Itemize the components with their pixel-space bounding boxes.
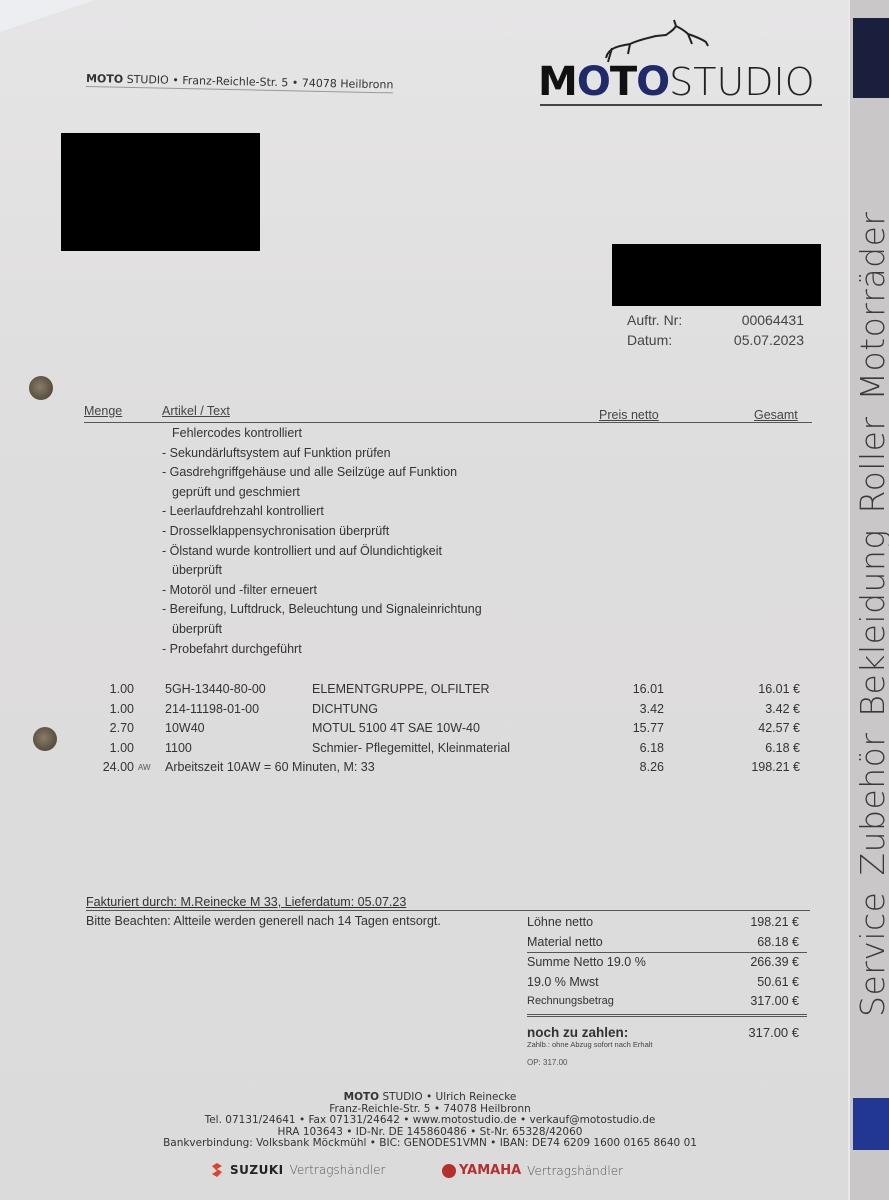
- footer-brand-bold: MOTO: [344, 1091, 379, 1103]
- company-logo: MOTOSTUDIO: [538, 18, 823, 103]
- cell-price: 8.26: [604, 758, 664, 778]
- punch-hole: [29, 376, 53, 400]
- cell-total: 16.01 €: [714, 680, 800, 700]
- service-description: Fehlercodes kontrolliert- Sekundärluftsy…: [162, 424, 482, 659]
- yamaha-dealer: YAMAHA Vertragshändler: [442, 1163, 623, 1178]
- table-row: 2.7010W40MOTUL 5100 4T SAE 10W-4015.7742…: [84, 719, 804, 739]
- cell-text: MOTUL 5100 4T SAE 10W-40: [312, 719, 480, 739]
- order-number: 00064431: [719, 310, 804, 330]
- table-row: 1.00214-11198-01-00DICHTUNG3.423.42 €: [84, 700, 804, 720]
- description-line: - Probefahrt durchgeführt: [162, 640, 482, 660]
- sidebar-word: Service: [853, 892, 889, 1017]
- cell-qty: 2.70: [84, 719, 134, 739]
- cell-total: 42.57 €: [714, 719, 800, 739]
- logo-studio: STUDIO: [669, 60, 815, 104]
- date-label: Datum:: [627, 330, 719, 350]
- footer-contact: Tel. 07131/24641 • Fax 07131/24642 • www…: [130, 1115, 730, 1127]
- description-line: - Leerlaufdrehzahl kontrolliert: [162, 502, 482, 522]
- punch-hole: [33, 727, 57, 751]
- cell-article: Arbeitszeit 10AW = 60 Minuten, M: 33: [165, 758, 375, 778]
- order-date: 05.07.2023: [719, 330, 804, 350]
- logo-underline: [540, 104, 822, 106]
- sidebar-accent-top: [853, 18, 889, 98]
- sidebar-word: Roller: [853, 416, 889, 513]
- description-line: geprüft und geschmiert: [162, 483, 482, 503]
- cell-article: 10W40: [165, 719, 205, 739]
- footer-owner: STUDIO • Ulrich Reinecke: [382, 1091, 516, 1103]
- description-line: - Gasdrehgriffgehäuse und alle Seilzüge …: [162, 463, 482, 483]
- cell-article: 5GH-13440-80-00: [165, 680, 266, 700]
- motorcycle-outline-icon: [578, 18, 718, 64]
- col-total: Gesamt: [754, 408, 798, 422]
- yamaha-tuning-fork-logo-icon: [442, 1164, 456, 1178]
- description-line: - Motoröl und -filter erneuert: [162, 581, 482, 601]
- description-line: überprüft: [162, 561, 482, 581]
- cell-text: DICHTUNG: [312, 700, 378, 720]
- cell-text: Schmier- Pflegemittel, Kleinmaterial: [312, 739, 510, 759]
- cell-qty: 1.00: [84, 739, 134, 759]
- sidebar-word: Motorräder: [853, 212, 889, 401]
- table-row: 1.001100Schmier- Pflegemittel, Kleinmate…: [84, 739, 804, 759]
- line-items: 1.005GH-13440-80-00ELEMENTGRUPPE, OLFILT…: [84, 680, 804, 778]
- cell-article: 214-11198-01-00: [165, 700, 259, 720]
- totals-block: Löhne netto198.21 € Material netto68.18 …: [527, 913, 807, 1044]
- description-line: - Bereifung, Luftdruck, Beleuchtung und …: [162, 600, 482, 620]
- brand-sidebar: ServiceZubehörBekleidungRollerMotorräder: [848, 0, 889, 1200]
- description-line: Fehlercodes kontrolliert: [162, 424, 482, 444]
- cell-total: 198.21 €: [714, 758, 800, 778]
- footer-bank: Bankverbindung: Volksbank Möckmühl • BIC…: [130, 1138, 730, 1150]
- redacted-customer-info: [612, 244, 821, 306]
- payment-terms: Zahlb.: ohne Abzug sofort nach Erhalt: [527, 1040, 653, 1049]
- cell-text: ELEMENTGRUPPE, OLFILTER: [312, 680, 490, 700]
- invoiced-by: Fakturiert durch: M.Reinecke M 33, Liefe…: [86, 895, 810, 911]
- cell-price: 16.01: [604, 680, 664, 700]
- disposal-note: Bitte Beachten: Altteile werden generell…: [86, 914, 441, 928]
- logo-moto: MOTO: [538, 59, 669, 105]
- table-row: 24.00AWArbeitszeit 10AW = 60 Minuten, M:…: [84, 758, 804, 778]
- cell-total: 6.18 €: [714, 739, 800, 759]
- description-line: überprüft: [162, 620, 482, 640]
- description-line: - Sekundärluftsystem auf Funktion prüfen: [162, 444, 482, 464]
- double-rule: [527, 1014, 807, 1019]
- suzuki-s-logo-icon: [210, 1163, 224, 1177]
- cell-qty: 1.00: [84, 680, 134, 700]
- cell-qty: 24.00: [84, 758, 134, 778]
- sum-row-net-total: Summe Netto 19.0 %266.39 €: [527, 952, 807, 973]
- sum-row-invoice-amount: Rechnungsbetrag317.00 €: [527, 992, 807, 1012]
- col-qty: Menge: [84, 404, 122, 418]
- cell-article: 1100: [165, 739, 192, 759]
- sender-brand-bold: MOTO: [86, 72, 123, 86]
- cell-qty: 1.00: [84, 700, 134, 720]
- sum-row-wages: Löhne netto198.21 €: [527, 913, 807, 933]
- sidebar-slogan: ServiceZubehörBekleidungRollerMotorräder: [853, 187, 889, 1017]
- sidebar-word: Zubehör: [853, 733, 889, 876]
- dealer-logos: SUZUKI Vertragshändler YAMAHA Vertragshä…: [210, 1163, 650, 1185]
- cell-price: 3.42: [604, 700, 664, 720]
- company-footer: MOTO STUDIO • Ulrich Reinecke Franz-Reic…: [130, 1092, 730, 1150]
- sum-row-vat: 19.0 % Mwst50.61 €: [527, 973, 807, 993]
- sidebar-accent-bottom: [853, 1098, 889, 1150]
- items-table-header: Menge Artikel / Text Preis netto Gesamt: [84, 404, 812, 423]
- sum-row-material: Material netto68.18 €: [527, 933, 807, 953]
- col-price: Preis netto: [599, 408, 659, 422]
- order-meta: Auftr. Nr:00064431 Datum:05.07.2023: [627, 310, 804, 350]
- sender-brand-light: STUDIO: [127, 73, 169, 87]
- logo-wordmark: MOTOSTUDIO: [538, 60, 815, 104]
- cell-price: 15.77: [604, 719, 664, 739]
- description-line: - Drosselklappensychronisation überprüft: [162, 522, 482, 542]
- sidebar-word: Bekleidung: [853, 529, 889, 716]
- suzuki-dealer: SUZUKI Vertragshändler: [210, 1163, 385, 1177]
- open-amount: OP: 317.00: [527, 1058, 567, 1067]
- cell-total: 3.42 €: [714, 700, 800, 720]
- order-number-label: Auftr. Nr:: [627, 310, 719, 330]
- table-row: 1.005GH-13440-80-00ELEMENTGRUPPE, OLFILT…: [84, 680, 804, 700]
- col-article: Artikel / Text: [162, 404, 230, 418]
- redacted-recipient-address: [61, 133, 260, 251]
- cell-price: 6.18: [604, 739, 664, 759]
- description-line: - Ölstand wurde kontrolliert und auf Ölu…: [162, 542, 482, 562]
- cell-unit: AW: [138, 758, 151, 778]
